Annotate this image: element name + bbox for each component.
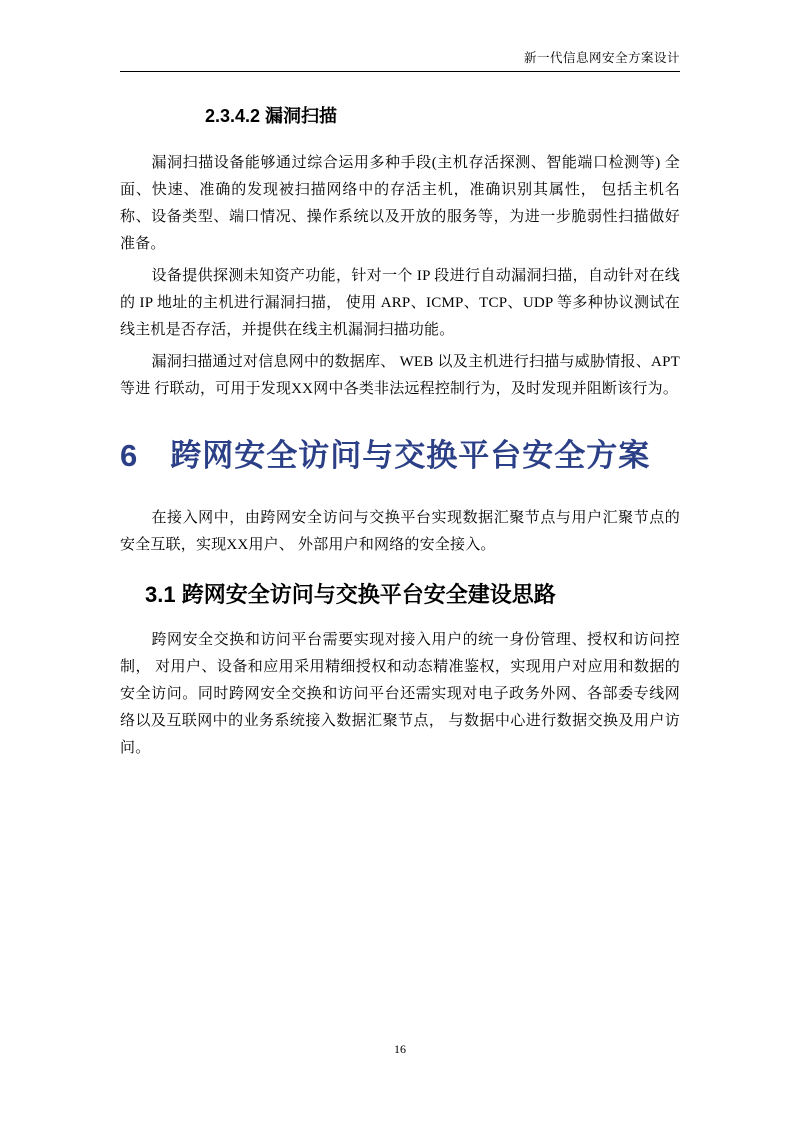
page-header: 新一代信息网安全方案设计 xyxy=(0,0,800,72)
document-page: { "colors": { "chapter_heading": "#2B3F8… xyxy=(0,0,800,1132)
paragraph-vuln-scan-3: 漏洞扫描通过对信息网中的数据库、 WEB 以及主机进行扫描与威胁情报、APT 等… xyxy=(120,349,680,403)
page-body: 2.3.4.2 漏洞扫描 漏洞扫描设备能够通过综合运用多种手段(主机存活探测、智… xyxy=(0,105,800,762)
paragraph-section-3-1: 跨网安全交换和访问平台需要实现对接入用户的统一身份管理、授权和访问控制， 对用户… xyxy=(120,627,680,762)
paragraph-vuln-scan-2: 设备提供探测未知资产功能，针对一个 IP 段进行自动漏洞扫描，自动针对在线的 I… xyxy=(120,263,680,344)
heading-vulnerability-scan: 2.3.4.2 漏洞扫描 xyxy=(205,105,680,128)
paragraph-vuln-scan-1: 漏洞扫描设备能够通过综合运用多种手段(主机存活探测、智能端口检测等) 全面、快速… xyxy=(120,150,680,258)
header-doc-title: 新一代信息网安全方案设计 xyxy=(120,50,680,66)
header-divider xyxy=(120,71,680,72)
heading-chapter-6-cross-network-platform: 6 跨网安全访问与交换平台安全方案 xyxy=(120,433,680,478)
paragraph-chapter-6-intro: 在接入网中，由跨网安全访问与交换平台实现数据汇聚节点与用户汇聚节点的安全互联，实… xyxy=(120,505,680,559)
heading-section-3-1-design-approach: 3.1 跨网安全访问与交换平台安全建设思路 xyxy=(145,580,680,610)
page-number: 16 xyxy=(0,1042,800,1057)
